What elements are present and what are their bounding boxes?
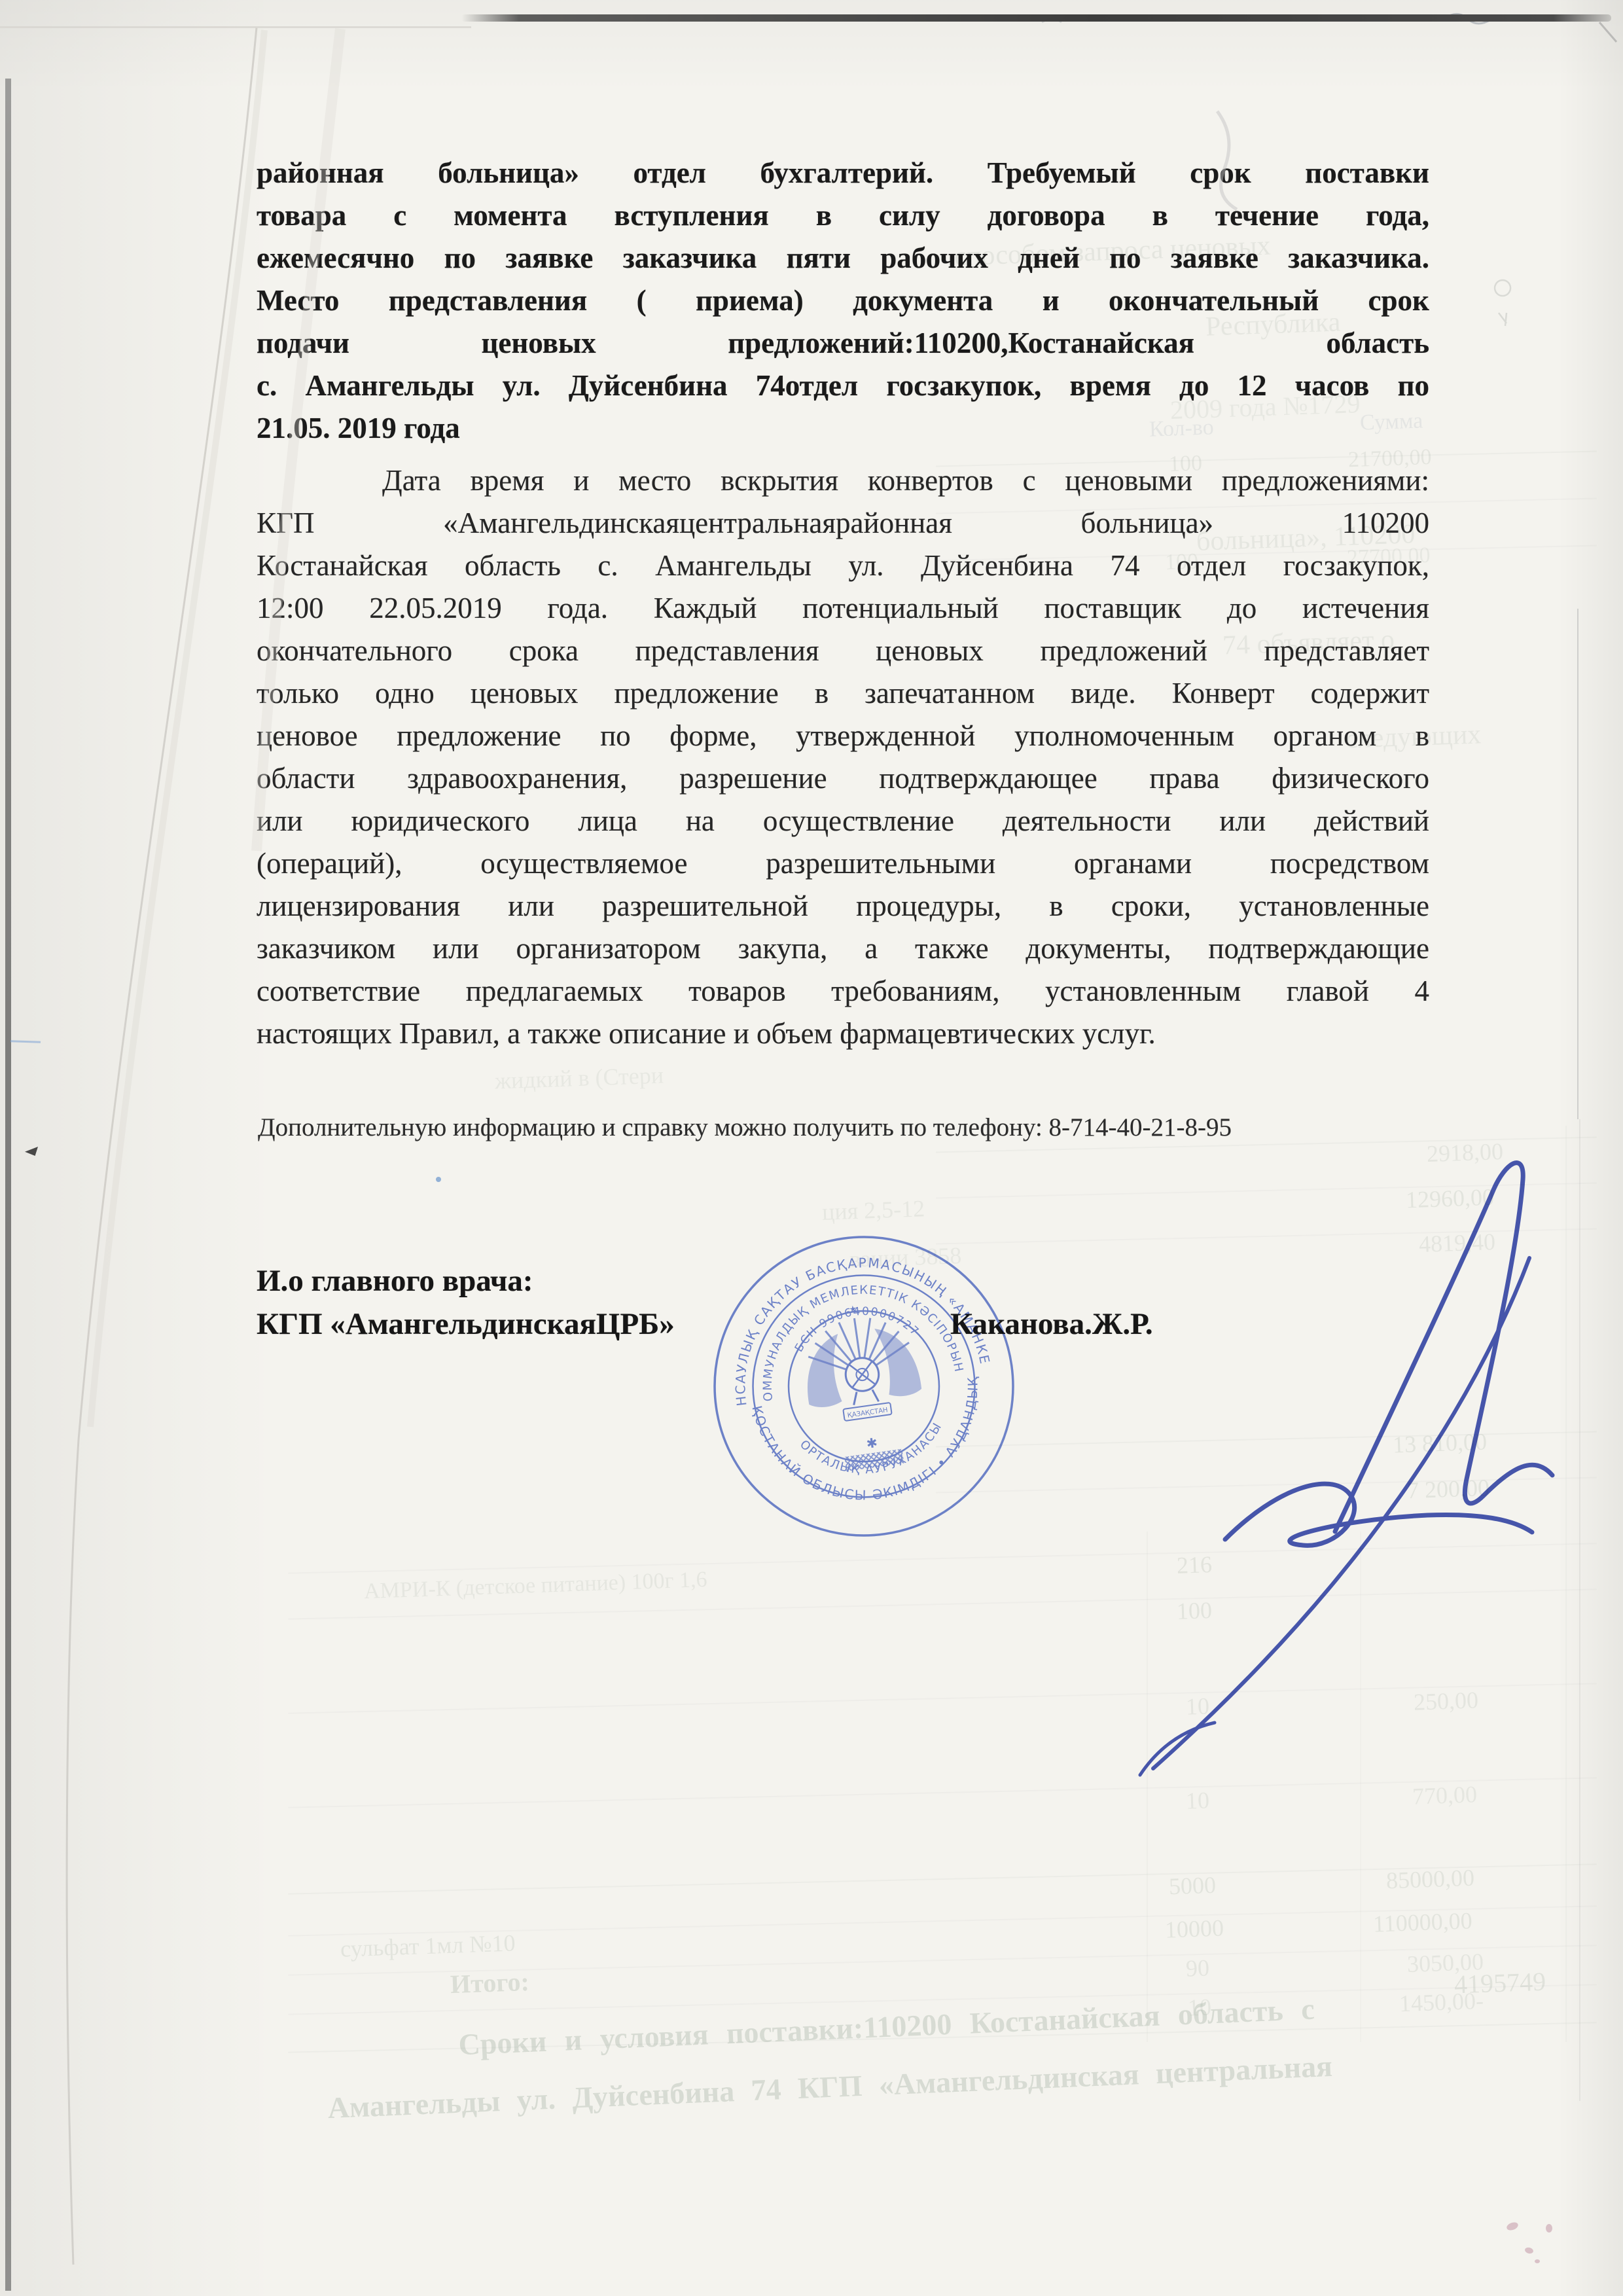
svg-text:★: ★: [849, 1303, 858, 1314]
text-line: ценовое предложение по форме, утвержденн…: [257, 715, 1429, 757]
bleed-through-text: АМРИ-К (детское питание) 100г 1,6: [363, 1568, 707, 1604]
text-line: или юридического лица на осуществление д…: [257, 800, 1429, 842]
text-line: соответствие предлагаемых товаров требов…: [257, 970, 1429, 1013]
paragraph-delivery-terms: районная больница» отдел бухгалтерий. Тр…: [257, 152, 1429, 450]
paper-left-edge-shadow: [5, 79, 11, 2291]
text-line: (операций), осуществляемое разрешительны…: [257, 842, 1429, 885]
text-line: районная больница» отдел бухгалтерий. Тр…: [257, 152, 1429, 194]
text-line: Костанайская область с. Амангельды ул. Д…: [257, 545, 1429, 587]
text-line: с. Амангельды ул. Дуйсенбина 74отдел гос…: [257, 365, 1429, 407]
pen-dot: [436, 1177, 441, 1182]
text-line: 21.05. 2019 года: [257, 407, 1429, 450]
official-round-stamp: ДЕНСАУЛЫҚ САҚТАУ БАСҚАРМАСЫНЫҢ «АМАНКЕЛД…: [711, 1233, 1017, 1539]
text-line: Место представления ( приема) документа …: [257, 279, 1429, 322]
bleed-through-text: 90: [1185, 1954, 1209, 1982]
bleed-through-text: жидкий в (Стери: [494, 1062, 664, 1095]
paragraph-envelope-opening: Дата время и место вскрытия конвертов с …: [257, 459, 1429, 1055]
bleed-through-text: Сроки и условия поставки:110200 Костанай…: [457, 1992, 1315, 2062]
text-line: ежемесячно по заявке заказчика пяти рабо…: [257, 237, 1429, 279]
text-line: 12:00 22.05.2019 года. Каждый потенциаль…: [257, 587, 1429, 630]
svg-text:✱: ✱: [865, 1436, 878, 1452]
signature-role-label: И.о главного врача:: [257, 1263, 533, 1299]
text-line: настоящих Правил, а также описание и объ…: [257, 1013, 1429, 1055]
paper-top-edge: [0, 26, 471, 28]
bleed-through-text: ция 2,5-12: [821, 1194, 925, 1225]
text-line: области здравоохранения, разрешение подт…: [257, 757, 1429, 800]
paper-speck: [1535, 2259, 1540, 2263]
text-line: только одно ценовых предложение в запеча…: [257, 672, 1429, 715]
bleed-through-text: 10000: [1164, 1914, 1224, 1943]
scan-line-artifact: [1579, 1119, 1580, 2101]
text-line: Дата время и место вскрытия конвертов с …: [257, 459, 1429, 502]
scanner-edge-bar: [461, 14, 1611, 22]
text-line: заказчиком или организатором закупа, а т…: [257, 927, 1429, 970]
scan-line-artifact: [1577, 609, 1578, 1119]
handwritten-signature: [1060, 1113, 1623, 1806]
text-line: КГП «Амангельдинскаяцентральнаярайонная …: [257, 502, 1429, 545]
text-line: товара с момента вступления в силу догов…: [257, 194, 1429, 237]
bleed-through-text: 4195749: [1454, 1966, 1546, 2000]
scanned-document-page: способом запроса ценовыхРеспублика2009 г…: [0, 0, 1623, 2296]
signature-organization-label: КГП «АмангельдинскаяЦРБ»: [257, 1306, 675, 1342]
text-line: окончательного срока представления ценов…: [257, 630, 1429, 672]
text-line: подачи ценовых предложений:110200,Костан…: [257, 322, 1429, 365]
text-line: лицензирования или разрешительной процед…: [257, 885, 1429, 927]
bleed-through-text: 5000: [1168, 1871, 1216, 1900]
paper-speck: [1546, 2224, 1552, 2233]
